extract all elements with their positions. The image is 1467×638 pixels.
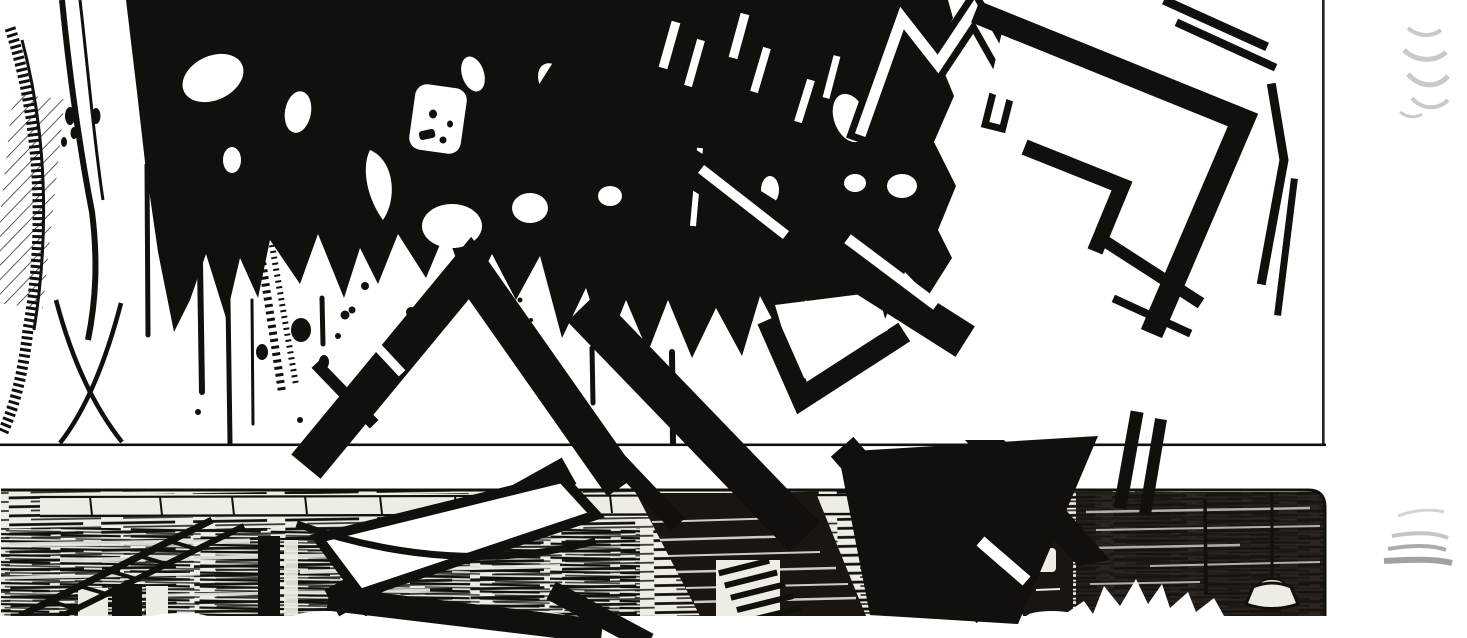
margin-smudges — [1384, 28, 1452, 563]
upper-right-smudge — [1400, 28, 1448, 117]
manga-page-art — [0, 0, 1467, 638]
manga-page: Black-and-white manga page scan. Top pan… — [0, 0, 1467, 638]
left-organic-art — [0, 0, 122, 443]
lower-right-smudge — [1384, 510, 1452, 563]
sfx-bracket-letter — [986, 2, 1294, 332]
